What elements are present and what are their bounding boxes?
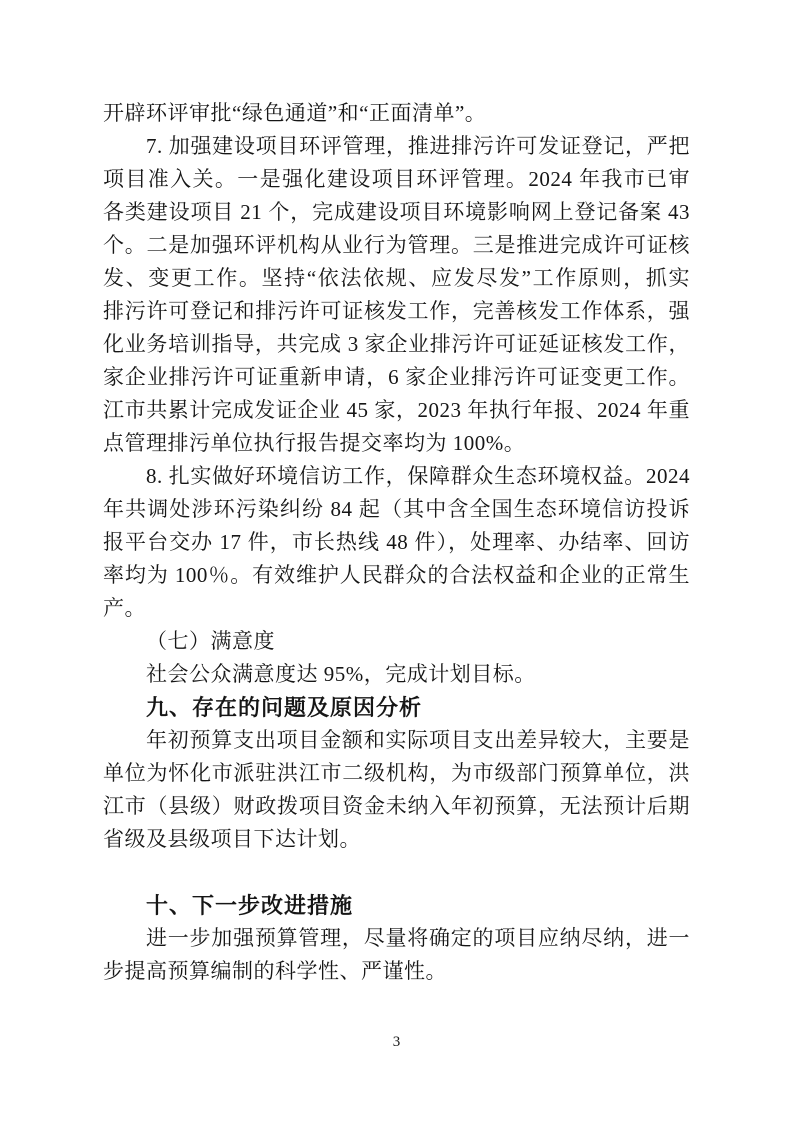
paragraph-7-line: 项目准入关。一是强化建设项目环评管理。2024 年我市已审批 [103,163,690,196]
blank-line [103,856,690,889]
paragraph-7-line: 排污许可登记和排污许可证核发工作，完善核发工作体系，强 [103,295,690,328]
page-content: 开辟环评审批“绿色通道”和“正面清单”。 7. 加强建设项目环评管理，推进排污许… [103,97,690,988]
paragraph-7-line: 7. 加强建设项目环评管理，推进排污许可发证登记，严把 [103,130,690,163]
paragraph-7-line: 家企业排污许可证重新申请，6 家企业排污许可证变更工作。洪 [103,361,690,394]
paragraph-8-line: 产。 [103,592,690,625]
paragraph-10-line: 进一步加强预算管理，尽量将确定的项目应纳尽纳，进一 [103,922,690,955]
heading-section-10: 十、下一步改进措施 [103,889,690,922]
paragraph-7-line: 江市共累计完成发证企业 45 家，2023 年执行年报、2024 年重 [103,394,690,427]
paragraph-7-line: 发、变更工作。坚持“依法依规、应发尽发”工作原则，抓实 [103,262,690,295]
paragraph-9-line: 年初预算支出项目金额和实际项目支出差异较大，主要是 [103,724,690,757]
paragraph-7-line: 化业务培训指导，共完成 3 家企业排污许可证延证核发工作，4 [103,328,690,361]
paragraph-9-line: 江市（县级）财政拨项目资金未纳入年初预算，无法预计后期 [103,790,690,823]
paragraph-7-line: 点管理排污单位执行报告提交率均为 100%。 [103,427,690,460]
page-number: 3 [0,1034,793,1051]
paragraph-8-line: 年共调处涉环污染纠纷 84 起（其中含全国生态环境信访投诉举 [103,493,690,526]
heading-section-9: 九、存在的问题及原因分析 [103,691,690,724]
continuation-line: 开辟环评审批“绿色通道”和“正面清单”。 [103,97,690,130]
paragraph-7-line: 各类建设项目 21 个，完成建设项目环境影响网上登记备案 43 [103,196,690,229]
paragraph-8-line: 报平台交办 17 件，市长热线 48 件），处理率、办结率、回访 [103,526,690,559]
paragraph-8-line: 8. 扎实做好环境信访工作，保障群众生态环境权益。2024 [103,460,690,493]
document-page: 开辟环评审批“绿色通道”和“正面清单”。 7. 加强建设项目环评管理，推进排污许… [0,0,793,1122]
paragraph-10-line: 步提高预算编制的科学性、严谨性。 [103,955,690,988]
paragraph-9-line: 省级及县级项目下达计划。 [103,823,690,856]
paragraph-9-line: 单位为怀化市派驻洪江市二级机构，为市级部门预算单位，洪 [103,757,690,790]
subheading-satisfaction: （七）满意度 [103,625,690,658]
paragraph-satisfaction-line: 社会公众满意度达 95%，完成计划目标。 [103,658,690,691]
paragraph-8-line: 率均为 100％。有效维护人民群众的合法权益和企业的正常生 [103,559,690,592]
paragraph-7-line: 个。二是加强环评机构从业行为管理。三是推进完成许可证核 [103,229,690,262]
